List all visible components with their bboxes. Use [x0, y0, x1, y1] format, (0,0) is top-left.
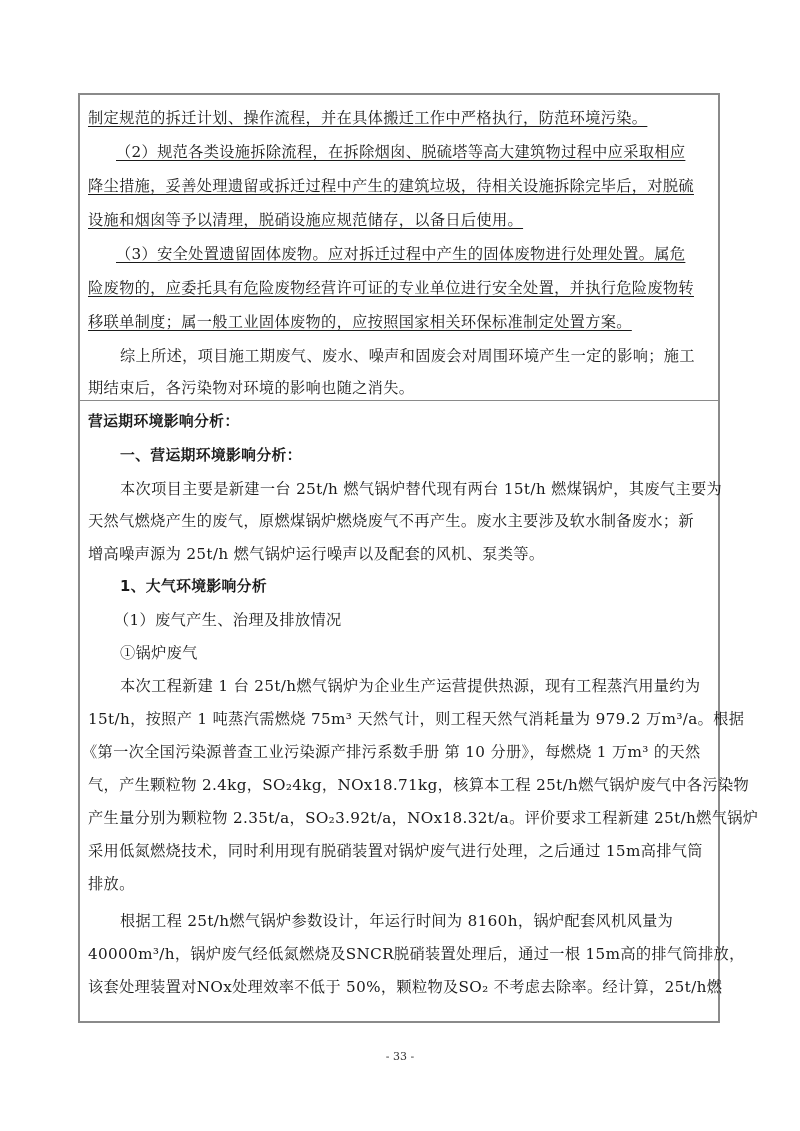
summary-line: 综上所述，项目施工期废气、废水、噪声和固废会对周围环境产生一定的影响；施工: [120, 347, 695, 365]
text-line: 该套处理装置对NOx处理效率不低于 50%，颗粒物及SO₂ 不考虑去除率。经计算…: [88, 978, 722, 996]
text-line: 气，产生颗粒物 2.4kg，SO₂4kg，NOx18.71kg，核算本工程 25…: [88, 776, 749, 794]
item-label: ①锅炉废气: [120, 644, 198, 662]
text-line: （2）规范各类设施拆除流程，在拆除烟囱、脱硫塔等高大建筑物过程中应采取相应: [116, 143, 685, 161]
text-line: 15t/h，按照产 1 吨蒸汽需燃烧 75m³ 天然气计，则工程天然气消耗量为 …: [88, 710, 744, 728]
text-line: 增高噪声源为 25t/h 燃气锅炉运行噪声以及配套的风机、泵类等。: [88, 545, 544, 563]
operation-analysis-section: 营运期环境影响分析： 一、营运期环境影响分析： 本次项目主要是新建一台 25t/…: [80, 402, 718, 1021]
text-line: 本次项目主要是新建一台 25t/h 燃气锅炉替代现有两台 15t/h 燃煤锅炉，…: [120, 480, 722, 498]
text-line: 天然气燃烧产生的废气，原燃煤锅炉燃烧废气不再产生。废水主要涉及软水制备废水；新: [88, 512, 694, 530]
item-subheading: （1）废气产生、治理及排放情况: [114, 611, 342, 629]
construction-measures-section: 制定规范的拆迁计划、操作流程，并在具体搬迁工作中严格执行，防范环境污染。 （2）…: [80, 95, 718, 400]
text-line: 制定规范的拆迁计划、操作流程，并在具体搬迁工作中严格执行，防范环境污染。: [88, 109, 647, 127]
section-subheading: 一、营运期环境影响分析：: [120, 447, 302, 465]
text-line: 40000m³/h，锅炉废气经低氮燃烧及SNCR脱硝装置处理后，通过一根 15m…: [88, 945, 745, 963]
text-line: 本次工程新建 1 台 25t/h燃气锅炉为企业生产运营提供热源，现有工程蒸汽用量…: [120, 677, 700, 695]
summary-line: 期结束后，各污染物对环境的影响也随之消失。: [88, 379, 414, 397]
text-line: 《第一次全国污染源普查工业污染源产排污系数手册 第 10 分册》，每燃烧 1 万…: [82, 743, 701, 761]
item-heading: 1、大气环境影响分析: [120, 578, 267, 596]
page-number: - 33 -: [0, 1050, 800, 1063]
text-line: 根据工程 25t/h燃气锅炉参数设计，年运行时间为 8160h，锅炉配套风机风量…: [120, 912, 673, 930]
text-line: 降尘措施，妥善处理遗留或拆迁过程中产生的建筑垃圾，待相关设施拆除完毕后，对脱硫: [88, 177, 694, 195]
section-heading: 营运期环境影响分析：: [88, 413, 239, 431]
document-table-frame: 制定规范的拆迁计划、操作流程，并在具体搬迁工作中严格执行，防范环境污染。 （2）…: [78, 93, 720, 1023]
text-line: 险废物的，应委托具有危险废物经营许可证的专业单位进行安全处置，并执行危险废物转: [88, 279, 694, 297]
text-line: 移联单制度；属一般工业固体废物的，应按照国家相关环保标准制定处置方案。: [88, 313, 632, 331]
text-line: 产生量分别为颗粒物 2.35t/a，SO₂3.92t/a，NOx18.32t/a…: [88, 809, 758, 827]
text-line: 采用低氮燃烧技术，同时利用现有脱硝装置对锅炉废气进行处理，之后通过 15m高排气…: [88, 842, 703, 860]
section-divider: [80, 400, 718, 401]
text-line: 排放。: [88, 875, 135, 893]
text-line: （3）安全处置遗留固体废物。应对拆迁过程中产生的固体废物进行处理处置。属危: [116, 245, 685, 263]
text-line: 设施和烟囱等予以清理，脱硝设施应规范储存，以备日后使用。: [88, 211, 523, 229]
